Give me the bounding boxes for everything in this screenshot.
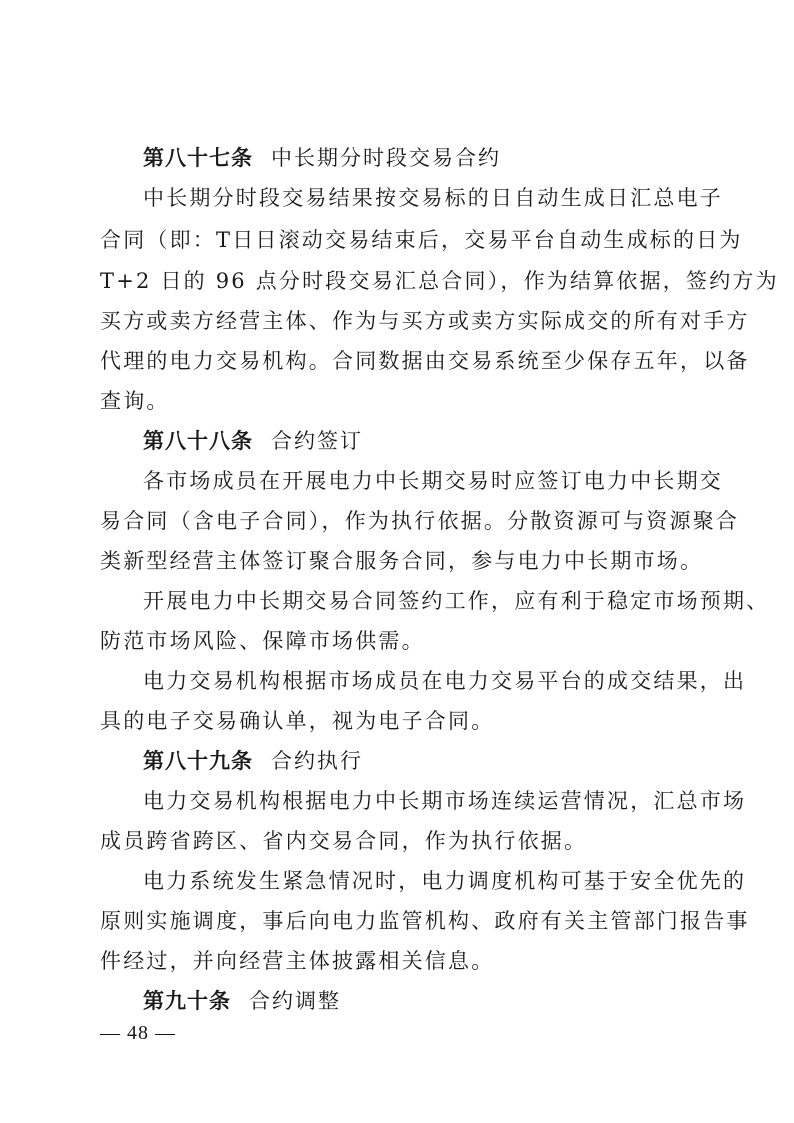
paragraph-line: 具的电子交易确认单，视为电子合同。 — [100, 708, 700, 734]
article-title: 中长期分时段交易合约 — [271, 146, 501, 170]
paragraph-line: 原则实施调度，事后向电力监管机构、政府有关主管部门报告事 — [100, 908, 700, 934]
paragraph-line: 成员跨省跨区、省内交易合同，作为执行依据。 — [100, 828, 700, 854]
document-page: 第八十七条中长期分时段交易合约 中长期分时段交易结果按交易标的日自动生成日汇总电… — [0, 0, 794, 1123]
article-number: 第八十八条 — [143, 428, 253, 453]
paragraph-line: 查询。 — [100, 388, 700, 414]
paragraph-line: 合同（即：T日日滚动交易结束后，交易平台自动生成标的日为 — [100, 227, 700, 253]
article-number: 第八十七条 — [143, 145, 253, 170]
article-heading: 第八十九条合约执行 — [143, 748, 700, 774]
paragraph-line: 开展电力中长期交易合同签约工作，应有利于稳定市场预期、 — [143, 588, 700, 614]
paragraph-line: 中长期分时段交易结果按交易标的日自动生成日汇总电子 — [143, 185, 700, 211]
paragraph-line: 代理的电力交易机构。合同数据由交易系统至少保存五年，以备 — [100, 348, 700, 374]
paragraph-line: 各市场成员在开展电力中长期交易时应签订电力中长期交 — [143, 468, 700, 494]
paragraph-line: 类新型经营主体签订聚合服务合同，参与电力中长期市场。 — [100, 548, 700, 574]
article-number: 第八十九条 — [143, 748, 253, 773]
article-title: 合约签订 — [271, 429, 363, 453]
article-heading: 第八十八条合约签订 — [143, 428, 700, 454]
paragraph-line: 电力系统发生紧急情况时，电力调度机构可基于安全优先的 — [143, 868, 700, 894]
page-number: — 48 — — [100, 1020, 176, 1046]
article-number: 第九十条 — [143, 988, 231, 1013]
article-title: 合约调整 — [249, 989, 341, 1013]
paragraph-line: 件经过，并向经营主体披露相关信息。 — [100, 948, 700, 974]
paragraph-line: T+2 日的 96 点分时段交易汇总合同），作为结算依据，签约方为 — [100, 268, 700, 294]
paragraph-line: 电力交易机构根据电力中长期市场连续运营情况，汇总市场 — [143, 788, 700, 814]
article-heading: 第八十七条中长期分时段交易合约 — [143, 145, 700, 171]
paragraph-line: 易合同（含电子合同），作为执行依据。分散资源可与资源聚合 — [100, 508, 700, 534]
article-heading: 第九十条合约调整 — [143, 988, 700, 1014]
paragraph-line: 防范市场风险、保障市场供需。 — [100, 628, 700, 654]
article-title: 合约执行 — [271, 749, 363, 773]
paragraph-line: 电力交易机构根据市场成员在电力交易平台的成交结果，出 — [143, 668, 700, 694]
paragraph-line: 买方或卖方经营主体、作为与买方或卖方实际成交的所有对手方 — [100, 308, 700, 334]
